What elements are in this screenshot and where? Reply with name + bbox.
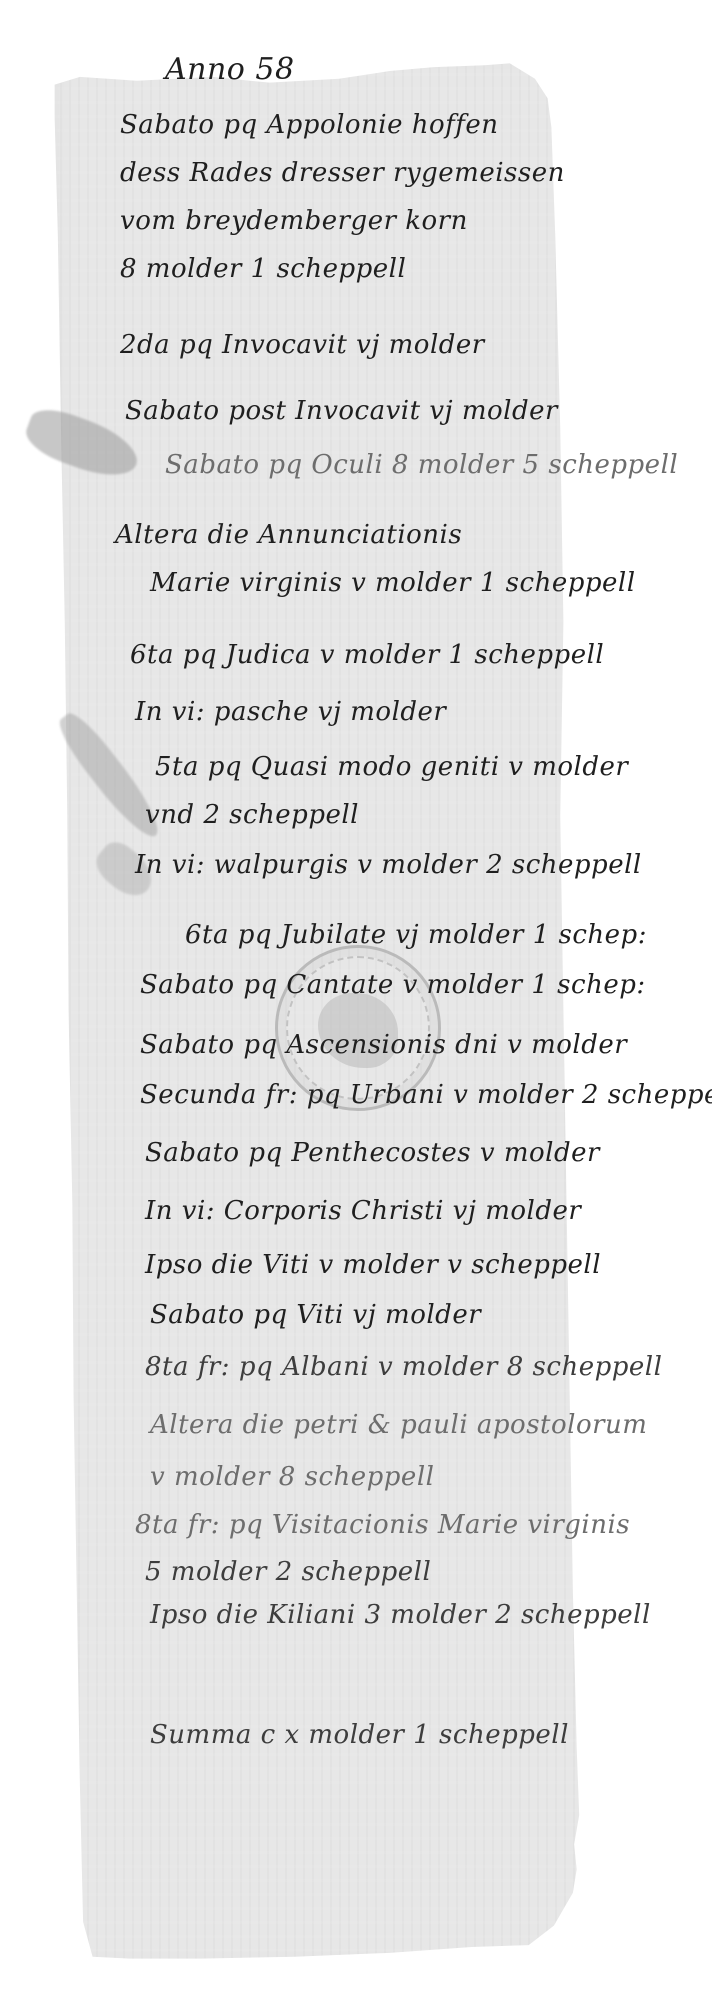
- manuscript-entry-line: Sabato pq Appolonie hoffen: [120, 110, 499, 140]
- manuscript-entry-line: vnd 2 scheppell: [145, 800, 359, 830]
- document-heading: Anno 58: [165, 52, 295, 87]
- manuscript-entry-line: In vi: walpurgis v molder 2 scheppell: [135, 850, 642, 880]
- manuscript-entry-line: Altera die petri & pauli apostolorum: [150, 1410, 647, 1440]
- manuscript-entry-line: In vi: Corporis Christi vj molder: [145, 1196, 581, 1226]
- manuscript-entry-line: 2da pq Invocavit vj molder: [120, 330, 485, 360]
- manuscript-entry-line: 8ta fr: pq Albani v molder 8 scheppell: [145, 1352, 662, 1382]
- manuscript-entry-line: Secunda fr: pq Urbani v molder 2 scheppe…: [140, 1080, 712, 1110]
- manuscript-entry-line: vom breydemberger korn: [120, 206, 468, 236]
- manuscript-entry-line: 5ta pq Quasi modo geniti v molder: [155, 752, 628, 782]
- manuscript-entry-line: v molder 8 scheppell: [150, 1462, 434, 1492]
- manuscript-entry-line: Marie virginis v molder 1 scheppell: [150, 568, 636, 598]
- manuscript-entry-line: 6ta pq Judica v molder 1 scheppell: [130, 640, 604, 670]
- manuscript-entry-line: Ipso die Kiliani 3 molder 2 scheppell: [150, 1600, 651, 1630]
- manuscript-entry-line: 5 molder 2 scheppell: [145, 1557, 431, 1587]
- manuscript-entry-line: Sabato pq Cantate v molder 1 schep:: [140, 970, 646, 1000]
- manuscript-entry-line: 8ta fr: pq Visitacionis Marie virginis: [135, 1510, 630, 1540]
- manuscript-entry-line: Sabato pq Viti vj molder: [150, 1300, 481, 1330]
- manuscript-entry-line: Ipso die Viti v molder v scheppell: [145, 1250, 601, 1280]
- manuscript-entry-line: Altera die Annunciationis: [115, 520, 462, 550]
- manuscript-entry-line: Sabato pq Penthecostes v molder: [145, 1138, 600, 1168]
- manuscript-entry-line: Sabato post Invocavit vj molder: [125, 396, 558, 426]
- manuscript-entry-line: Summa c x molder 1 scheppell: [150, 1720, 569, 1750]
- manuscript-entry-line: Sabato pq Oculi 8 molder 5 scheppell: [165, 450, 678, 480]
- manuscript-entry-line: 8 molder 1 scheppell: [120, 254, 406, 284]
- manuscript-entry-line: 6ta pq Jubilate vj molder 1 schep:: [185, 920, 647, 950]
- manuscript-entry-line: dess Rades dresser rygemeissen: [120, 158, 565, 188]
- manuscript-entry-line: Sabato pq Ascensionis dni v molder: [140, 1030, 627, 1060]
- manuscript-entry-line: In vi: pasche vj molder: [135, 697, 446, 727]
